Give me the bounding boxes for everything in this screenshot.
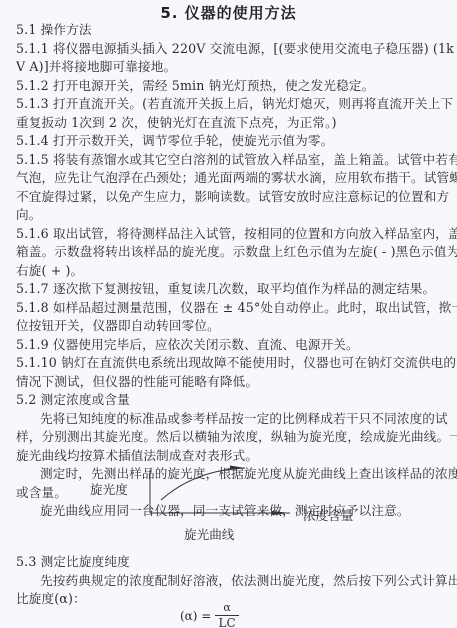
- x-axis-label: 浓度含量: [303, 505, 353, 524]
- formula-numerator: α: [215, 601, 238, 616]
- y-axis-label: 旋光度: [90, 479, 128, 498]
- formula-fraction: α LC: [215, 601, 238, 628]
- text-line: 先按药典规定的浓度配制好溶液，依法测出旋光度，然后按下列公式计算出: [40, 572, 457, 590]
- formula-lhs: (α) =: [180, 609, 211, 623]
- rotation-curve-diagram: 旋光度 浓度含量 旋光曲线: [0, 0, 457, 628]
- diagram-caption: 旋光曲线: [184, 524, 234, 543]
- specific-rotation-formula: (α) = α LC: [180, 601, 239, 628]
- section-heading-5-3: 5.3 测定比旋度纯度: [16, 553, 446, 571]
- formula-denominator: LC: [218, 616, 235, 628]
